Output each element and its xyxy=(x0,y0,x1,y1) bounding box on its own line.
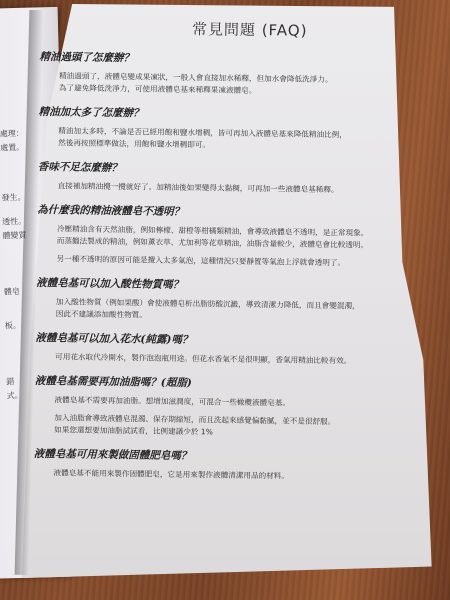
faq-question: 精油加太多了怎麼辦？ xyxy=(39,104,419,124)
left-page-fragment: 板。 xyxy=(5,320,21,331)
left-page-fragment: 處理： xyxy=(0,128,24,140)
page-title: 常見問題 (FAQ) xyxy=(80,17,420,43)
faq-item-superfat: 液體皂基需要再加油脂嗎？(超脂) 液體皂基不需要再加油脂。想增加滋潤度，可混合一… xyxy=(34,373,415,441)
left-page-fragment: 透性。 xyxy=(2,216,26,228)
left-page-fragment: 處置。 xyxy=(0,142,24,154)
faq-answer: 精油過頭了，液體皂變成果凍狀，一般人會直接加水稀釋，但加水會降低洗淨力。 為了避… xyxy=(59,70,419,99)
answer-line: 直接補加精油攪一攪就好了。加精油後如果變得太黏稠，可再加一些液體皂基稀釋。 xyxy=(57,180,417,197)
answer-line: 液體皂基不需要再加油脂。想增加滋潤度，可混合一些橄欖液體皂基。 xyxy=(54,394,414,411)
answer-line: 另一種不透明的原因可能是攪入太多氣泡，這種情況只要靜置等氣泡上浮就會透明了。 xyxy=(56,253,416,270)
faq-question: 液體皂基可以加入酸性物質嗎？ xyxy=(36,275,416,295)
faq-answer: 加入油脂會導致液體皂混濁、保存期縮短，而且洗起來感覺偏黏膩，並不是很舒服。 如果… xyxy=(54,412,414,441)
answer-line: 可用花水取代冷開水，製作泡泡瓶用途。但花水香氣不是很明顯，香氣用精油比較有效。 xyxy=(55,351,415,368)
faq-question: 液體皂基可用來製做固體肥皂嗎？ xyxy=(34,446,414,466)
faq-item-acidic: 液體皂基可以加入酸性物質嗎？ 加入酸性物質（例如果酸）會使液體皂析出脂肪酸沉澱，… xyxy=(36,275,417,325)
faq-item-floral-water: 液體皂基可以加入花水(純露)嗎？ 可用花水取代冷開水，製作泡泡瓶用途。但花水香氣… xyxy=(35,330,415,368)
faq-item-solid-soap: 液體皂基可用來製做固體肥皂嗎？ 液體皂基不能用來製作固體肥皂，它是用來製作液體清… xyxy=(33,446,413,484)
faq-question: 液體皂基可以加入花水(純露)嗎？ xyxy=(35,330,415,350)
faq-document: 常見問題 (FAQ) 精油過頭了怎麼辦？ 精油過頭了，液體皂變成果凍狀，一般人會… xyxy=(33,12,420,494)
left-page-fragment: 錯 xyxy=(6,376,14,387)
left-page-fragment: 體皂 xyxy=(4,286,20,297)
faq-item-too-much-oil: 精油加太多了怎麼辦？ 精油加太多時，不論是否已經用飽和鹽水增稠，皆可再加入液體皂… xyxy=(38,104,419,154)
faq-answer: 冷壓精油含有天然油脂，例如檸檬、甜橙等柑橘類精油，會導致液體皂不透明，是正常現象… xyxy=(57,223,417,252)
faq-item-weak-scent: 香味不足怎麼辦？ 直接補加精油攪一攪就好了。加精油後如果變得太黏稠，可再加一些液… xyxy=(37,159,417,197)
faq-answer: 另一種不透明的原因可能是攪入太多氣泡，這種情況只要靜置等氣泡上浮就會透明了。 xyxy=(56,253,416,270)
faq-question: 精油過頭了怎麼辦？ xyxy=(39,49,419,69)
faq-answer: 液體皂基不能用來製作固體肥皂，它是用來製作液體清潔用品的材料。 xyxy=(53,467,413,484)
answer-line: 液體皂基不能用來製作固體肥皂，它是用來製作液體清潔用品的材料。 xyxy=(53,467,413,484)
faq-question: 香味不足怎麼辦？ xyxy=(38,159,418,179)
faq-answer: 加入酸性物質（例如果酸）會使液體皂析出脂肪酸沉澱，導致清潔力降低，而且會變混濁，… xyxy=(56,296,416,325)
faq-item-not-transparent: 為什麼我的精油液體皂不透明？ 冷壓精油含有天然油脂，例如檸檬、甜橙等柑橘類精油，… xyxy=(36,202,417,270)
faq-answer: 可用花水取代冷開水，製作泡泡瓶用途。但花水香氣不是很明顯，香氣用精油比較有效。 xyxy=(55,351,415,368)
faq-item-thick: 精油過頭了怎麼辦？ 精油過頭了，液體皂變成果凍狀，一般人會直接加水稀釋，但加水會… xyxy=(39,49,420,99)
faq-answer: 精油加太多時，不論是否已經用飽和鹽水增稠，皆可再加入液體皂基來降低精油比例， 然… xyxy=(58,125,418,154)
faq-question: 液體皂基需要再加油脂嗎？(超脂) xyxy=(35,373,415,393)
left-page-fragment: 發生。 xyxy=(1,192,25,204)
faq-answer: 直接補加精油攪一攪就好了。加精油後如果變得太黏稠，可再加一些液體皂基稀釋。 xyxy=(57,180,417,197)
faq-answer: 液體皂基不需要再加油脂。想增加滋潤度，可混合一些橄欖液體皂基。 xyxy=(54,394,414,411)
faq-question: 為什麼我的精油液體皂不透明？ xyxy=(37,202,417,222)
